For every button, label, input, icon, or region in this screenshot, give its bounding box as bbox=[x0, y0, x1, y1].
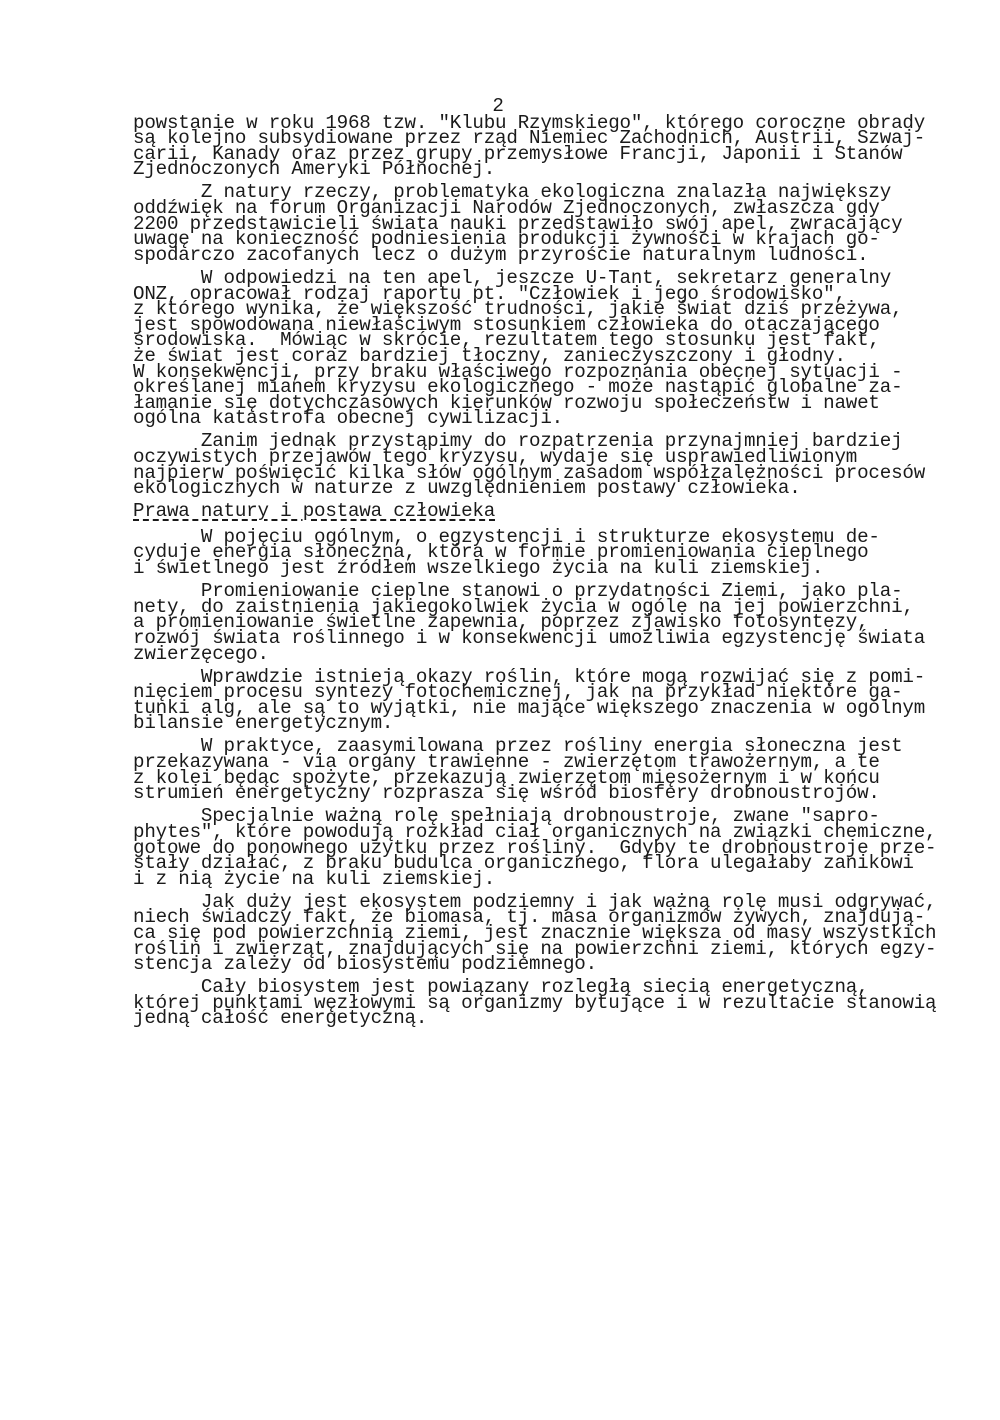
paragraph: Jak duży jest ekosystem podziemny i jak … bbox=[133, 895, 893, 973]
paragraph: W praktyce, zaasymilowana przez rośliny … bbox=[133, 739, 893, 801]
text-line: strumień energetyczny rozprasza się wśró… bbox=[133, 786, 893, 802]
paragraph: Z natury rzeczy, problematyka ekologiczn… bbox=[133, 185, 893, 263]
paragraph: W pojęciu ogólnym, o egzystencji i struk… bbox=[133, 530, 893, 577]
typewritten-page: 2 powstanie w roku 1968 tzw. "Klubu Rzym… bbox=[133, 99, 893, 1035]
text-line: spodarczo zacofanych lecz o dużym przyro… bbox=[133, 248, 893, 264]
paragraph: powstanie w roku 1968 tzw. "Klubu Rzymsk… bbox=[133, 116, 893, 178]
paragraph: Promieniowanie cieplne stanowi o przydat… bbox=[133, 584, 893, 662]
text-line: i świetlnego jest źródłem wszelkiego życ… bbox=[133, 561, 893, 577]
paragraph: Wprawdzie istnieją okazy roślin, które m… bbox=[133, 670, 893, 732]
document-body: powstanie w roku 1968 tzw. "Klubu Rzymsk… bbox=[133, 116, 893, 1027]
paragraph: Specjalnie ważną rolę spełniają drobnous… bbox=[133, 809, 893, 887]
text-line: i z nią życie na kuli ziemskiej. bbox=[133, 872, 893, 888]
section-heading: Prawa natury i postawa człowieka bbox=[133, 504, 495, 520]
text-line: ekologicznych w naturze z uwzględnieniem… bbox=[133, 481, 893, 497]
paragraph: W odpowiedzi na ten apel, jeszcze U-Tant… bbox=[133, 271, 893, 427]
paragraph: Zanim jednak przystąpimy do rozpatrzenia… bbox=[133, 434, 893, 496]
paragraph: Cały biosystem jest powiązany rozległą s… bbox=[133, 980, 893, 1027]
